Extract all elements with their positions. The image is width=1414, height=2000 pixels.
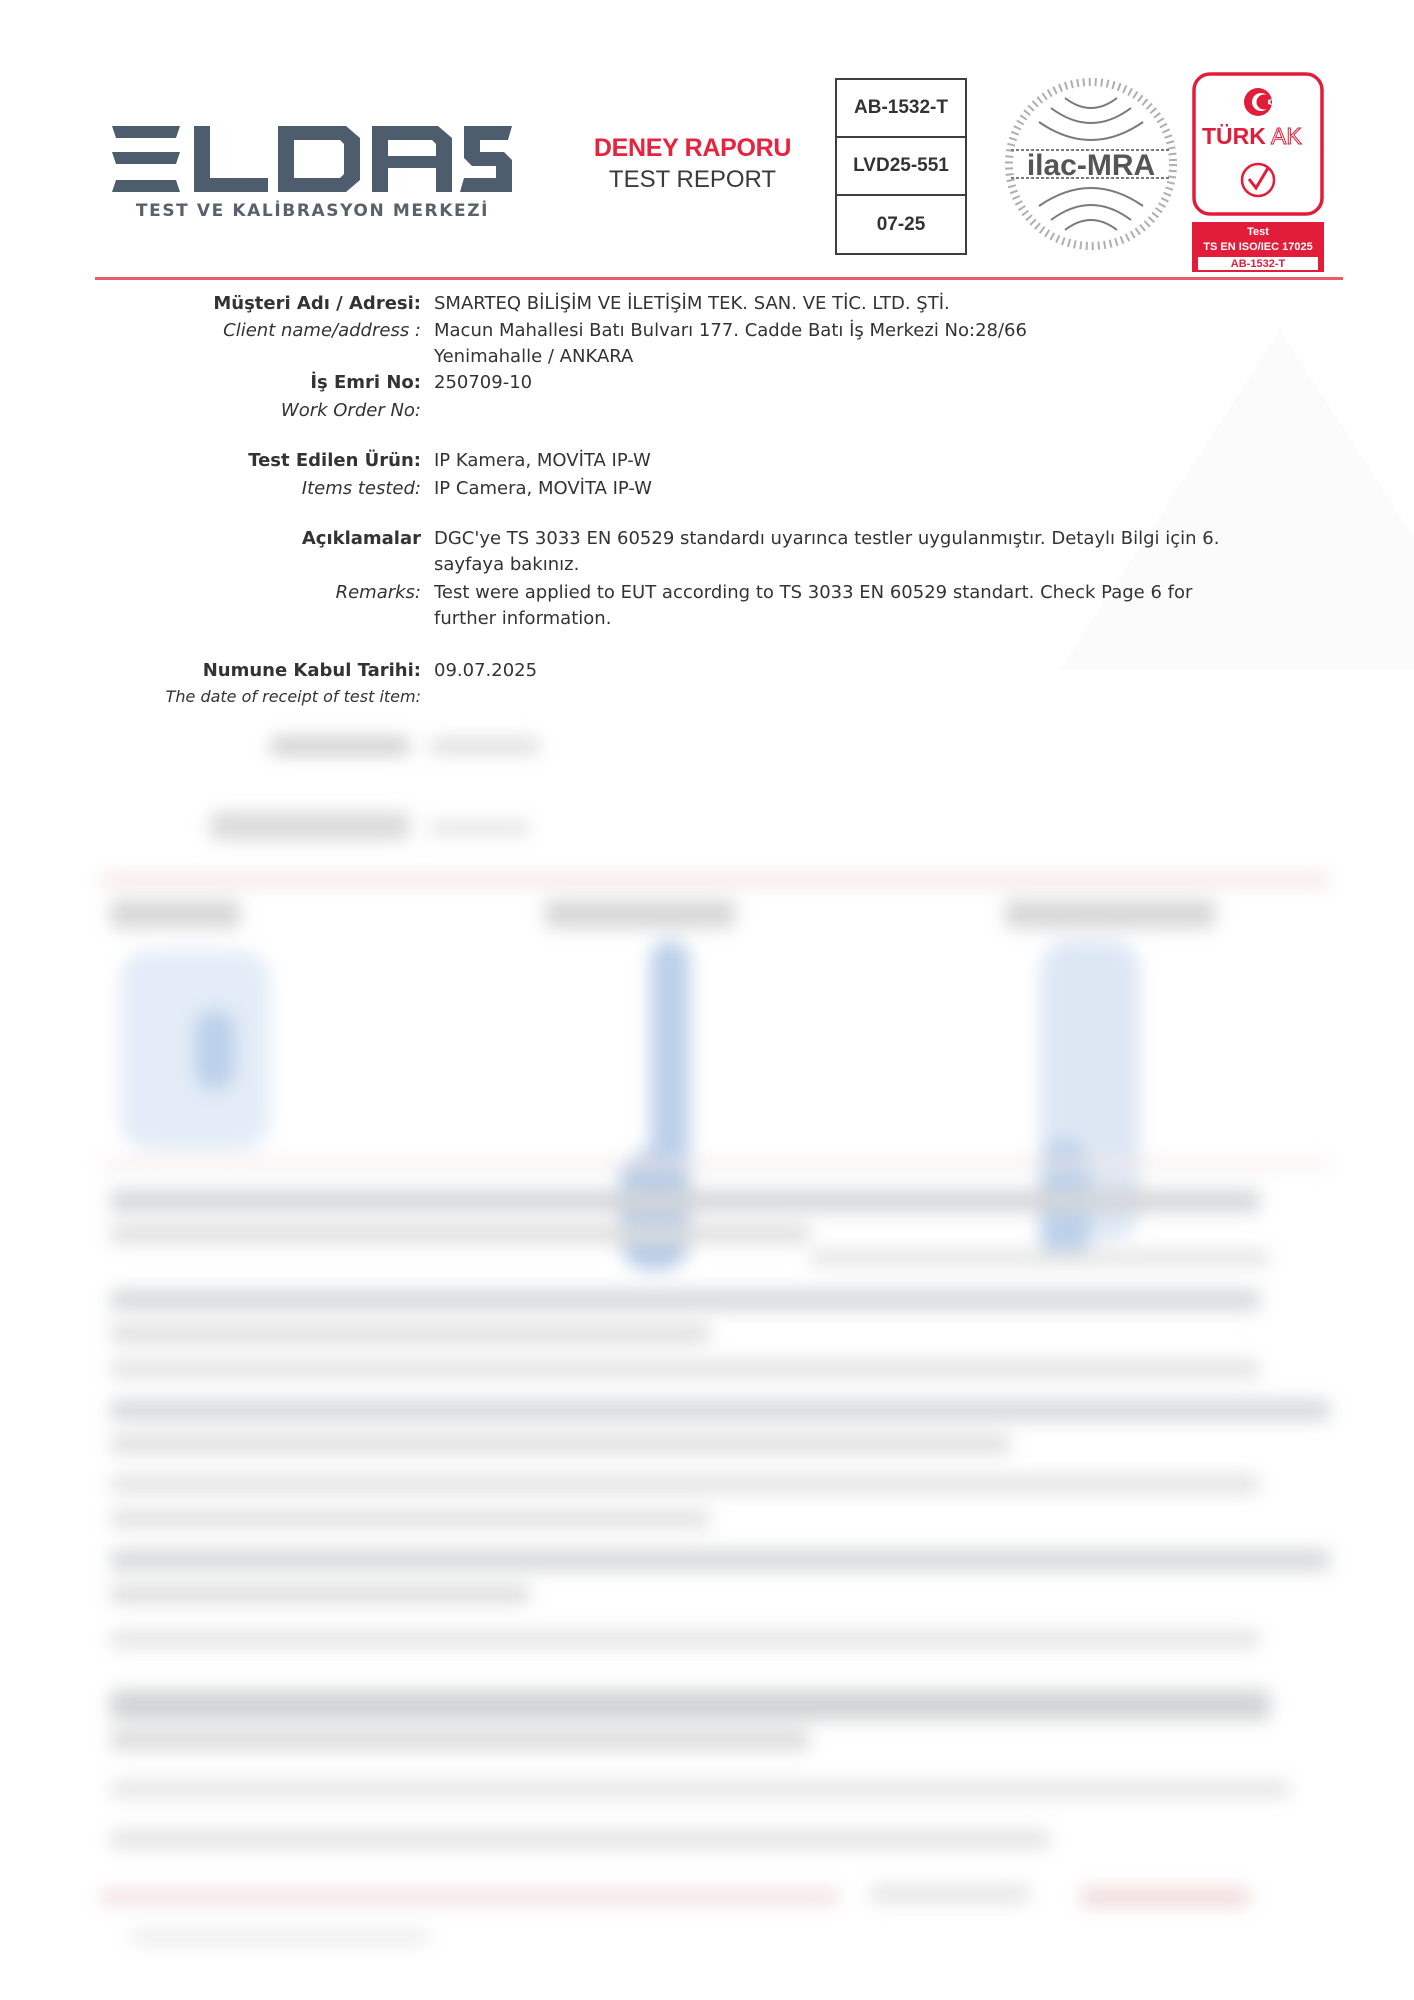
- remarks-value-tr-line2: sayfaya bakınız.: [434, 554, 579, 575]
- client-address-line1: Macun Mahallesi Batı Bulvarı 177. Cadde …: [434, 320, 1027, 341]
- logo-subtitle: TEST VE KALİBRASYON MERKEZİ: [135, 201, 490, 221]
- items-tested-value-en: IP Camera, MOVİTA IP-W: [434, 478, 652, 499]
- header-divider: [95, 277, 1343, 280]
- turkak-logo: TÜRK AK Test TS EN ISO/IEC 17025 AB-1532…: [1192, 72, 1324, 272]
- accreditation-number: AB-1532-T: [837, 80, 965, 138]
- receipt-date-label-tr: Numune Kabul Tarihi:: [203, 660, 421, 681]
- items-tested-value-tr: IP Kamera, MOVİTA IP-W: [434, 450, 651, 471]
- client-name: SMARTEQ BİLİŞİM VE İLETİŞİM TEK. SAN. VE…: [434, 293, 950, 314]
- svg-text:AK: AK: [1271, 123, 1302, 149]
- report-title-en: TEST REPORT: [580, 166, 805, 194]
- client-label-en: Client name/address :: [223, 320, 421, 341]
- remarks-label-tr: Açıklamalar: [302, 528, 421, 549]
- work-order-label-tr: İş Emri No:: [310, 372, 421, 393]
- report-date-code: 07-25: [837, 196, 965, 253]
- svg-text:AB-1532-T: AB-1532-T: [1231, 258, 1286, 270]
- receipt-date-value: 09.07.2025: [434, 660, 537, 681]
- remarks-label-en: Remarks:: [336, 582, 421, 603]
- items-tested-label-en: Items tested:: [302, 478, 421, 499]
- redacted-content: [0, 720, 1414, 2000]
- remarks-value-tr-line1: DGC'ye TS 3033 EN 60529 standardı uyarın…: [434, 528, 1219, 549]
- svg-text:Test: Test: [1247, 226, 1269, 238]
- eldas-logo: [108, 124, 513, 194]
- ilac-mra-logo: ilac-MRA: [1005, 78, 1177, 250]
- work-order-label-en: Work Order No:: [281, 400, 421, 421]
- items-tested-label-tr: Test Edilen Ürün:: [248, 450, 421, 471]
- client-address-line2: Yenimahalle / ANKARA: [434, 346, 633, 367]
- remarks-value-en-line1: Test were applied to EUT according to TS…: [434, 582, 1192, 603]
- report-number: LVD25-551: [837, 138, 965, 196]
- svg-text:TÜRK: TÜRK: [1202, 123, 1266, 149]
- client-label-tr: Müşteri Adı / Adresi:: [213, 293, 421, 314]
- svg-text:TS EN ISO/IEC 17025: TS EN ISO/IEC 17025: [1203, 241, 1312, 253]
- background-watermark: [1060, 330, 1414, 670]
- receipt-date-label-en: The date of receipt of test item:: [166, 687, 421, 706]
- report-title-tr: DENEY RAPORU: [580, 134, 805, 163]
- work-order-value: 250709-10: [434, 372, 532, 393]
- remarks-value-en-line2: further information.: [434, 608, 611, 629]
- reference-box: AB-1532-T LVD25-551 07-25: [835, 78, 967, 255]
- svg-text:ilac-MRA: ilac-MRA: [1027, 149, 1155, 182]
